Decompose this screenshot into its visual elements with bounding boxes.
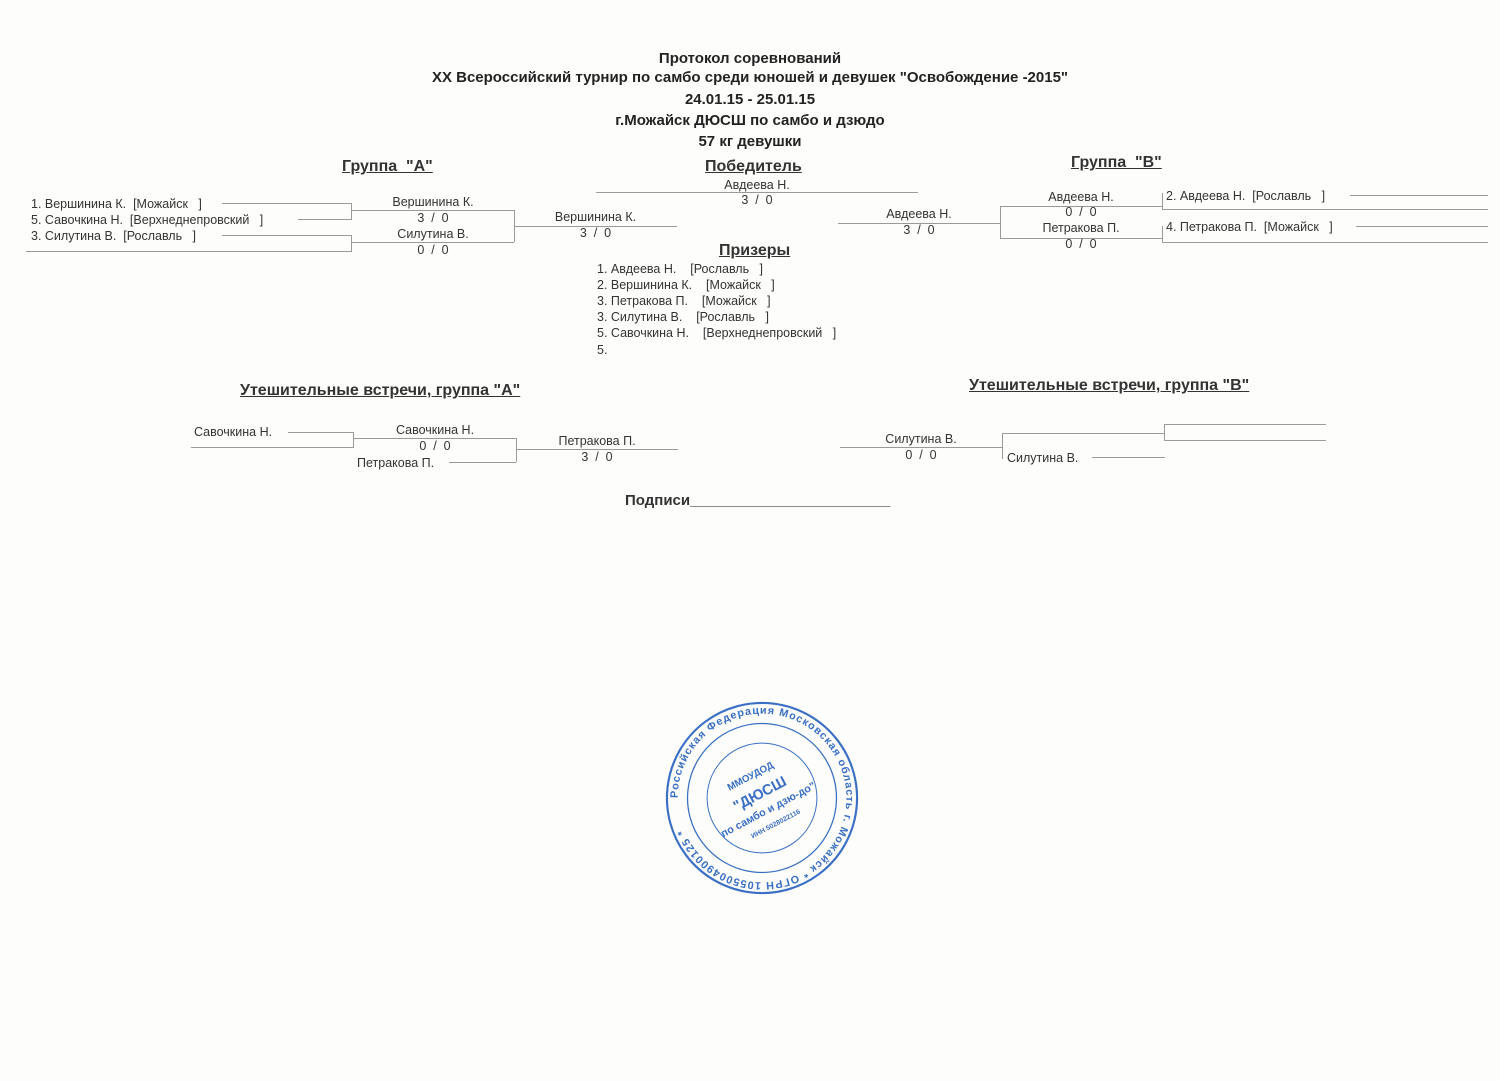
consolation-b-left-score: 0 / 0 <box>840 448 1002 462</box>
prize-item: 2. Вершинина К. [Можайск ] <box>597 278 775 292</box>
prize-item: 1. Авдеева Н. [Рославль ] <box>597 262 763 276</box>
consolation-a-title: Утешительные встречи, группа "А" <box>240 382 520 400</box>
tournament-name: XX Всероссийский турнир по самбо среди ю… <box>0 67 1500 89</box>
group-b-r1-name: Авдеева Н. <box>1000 190 1162 204</box>
weight-category: 57 кг девушки <box>0 131 1500 153</box>
group-a-entry: 1. Вершинина К. [Можайск ] <box>31 197 202 211</box>
group-b-r1-name: Петракова П. <box>1000 221 1162 235</box>
prize-item: 3. Петракова П. [Можайск ] <box>597 294 771 308</box>
group-b-r1-score: 0 / 0 <box>1000 205 1162 219</box>
group-a-r1-score: 0 / 0 <box>352 243 514 257</box>
consolation-a-entry: Савочкина Н. <box>194 425 272 439</box>
group-a-r1-name: Силутина В. <box>352 227 514 241</box>
prize-item: 5. <box>597 343 607 357</box>
winner-score: 3 / 0 <box>596 193 918 207</box>
group-a-entry: 5. Савочкина Н. [Верхнеднепровский ] <box>31 213 263 227</box>
group-a-entry: 3. Силутина В. [Рославль ] <box>31 229 196 243</box>
tournament-dates: 24.01.15 - 25.01.15 <box>0 89 1500 111</box>
group-a-title: Группа "А" <box>342 158 433 176</box>
winner-title: Победитель <box>705 158 802 176</box>
group-a-r1-name: Вершинина К. <box>352 195 514 209</box>
consolation-a-entry: Петракова П. <box>357 456 434 470</box>
signature-line: Подписи________________________ <box>625 492 890 509</box>
group-b-title: Группа "В" <box>1071 154 1162 172</box>
consolation-a-mid-name: Савочкина Н. <box>354 423 516 437</box>
consolation-a-mid-score: 0 / 0 <box>354 439 516 453</box>
consolation-b-left-name: Силутина В. <box>840 432 1002 446</box>
prizes-title: Призеры <box>719 242 790 260</box>
group-a-final-score: 3 / 0 <box>514 226 677 240</box>
group-b-entry: 4. Петракова П. [Можайск ] <box>1166 220 1333 234</box>
prize-item: 5. Савочкина Н. [Верхнеднепровский ] <box>597 326 836 340</box>
group-b-final-name: Авдеева Н. <box>838 207 1000 221</box>
group-b-r1-score: 0 / 0 <box>1000 237 1162 251</box>
group-b-entry: 2. Авдеева Н. [Рославль ] <box>1166 189 1325 203</box>
consolation-a-final-name: Петракова П. <box>516 434 678 448</box>
group-a-r1-score: 3 / 0 <box>352 211 514 225</box>
consolation-a-final-score: 3 / 0 <box>516 450 678 464</box>
consolation-b-title: Утешительные встречи, группа "В" <box>969 377 1249 395</box>
official-stamp-icon: Российская Федерация Московская область … <box>664 700 860 896</box>
tournament-venue: г.Можайск ДЮСШ по самбо и дзюдо <box>0 110 1500 132</box>
consolation-b-entry: Силутина В. <box>1007 451 1078 465</box>
winner-name: Авдеева Н. <box>596 178 918 192</box>
group-b-final-score: 3 / 0 <box>838 223 1000 237</box>
prize-item: 3. Силутина В. [Рославль ] <box>597 310 769 324</box>
group-a-final-name: Вершинина К. <box>514 210 677 224</box>
